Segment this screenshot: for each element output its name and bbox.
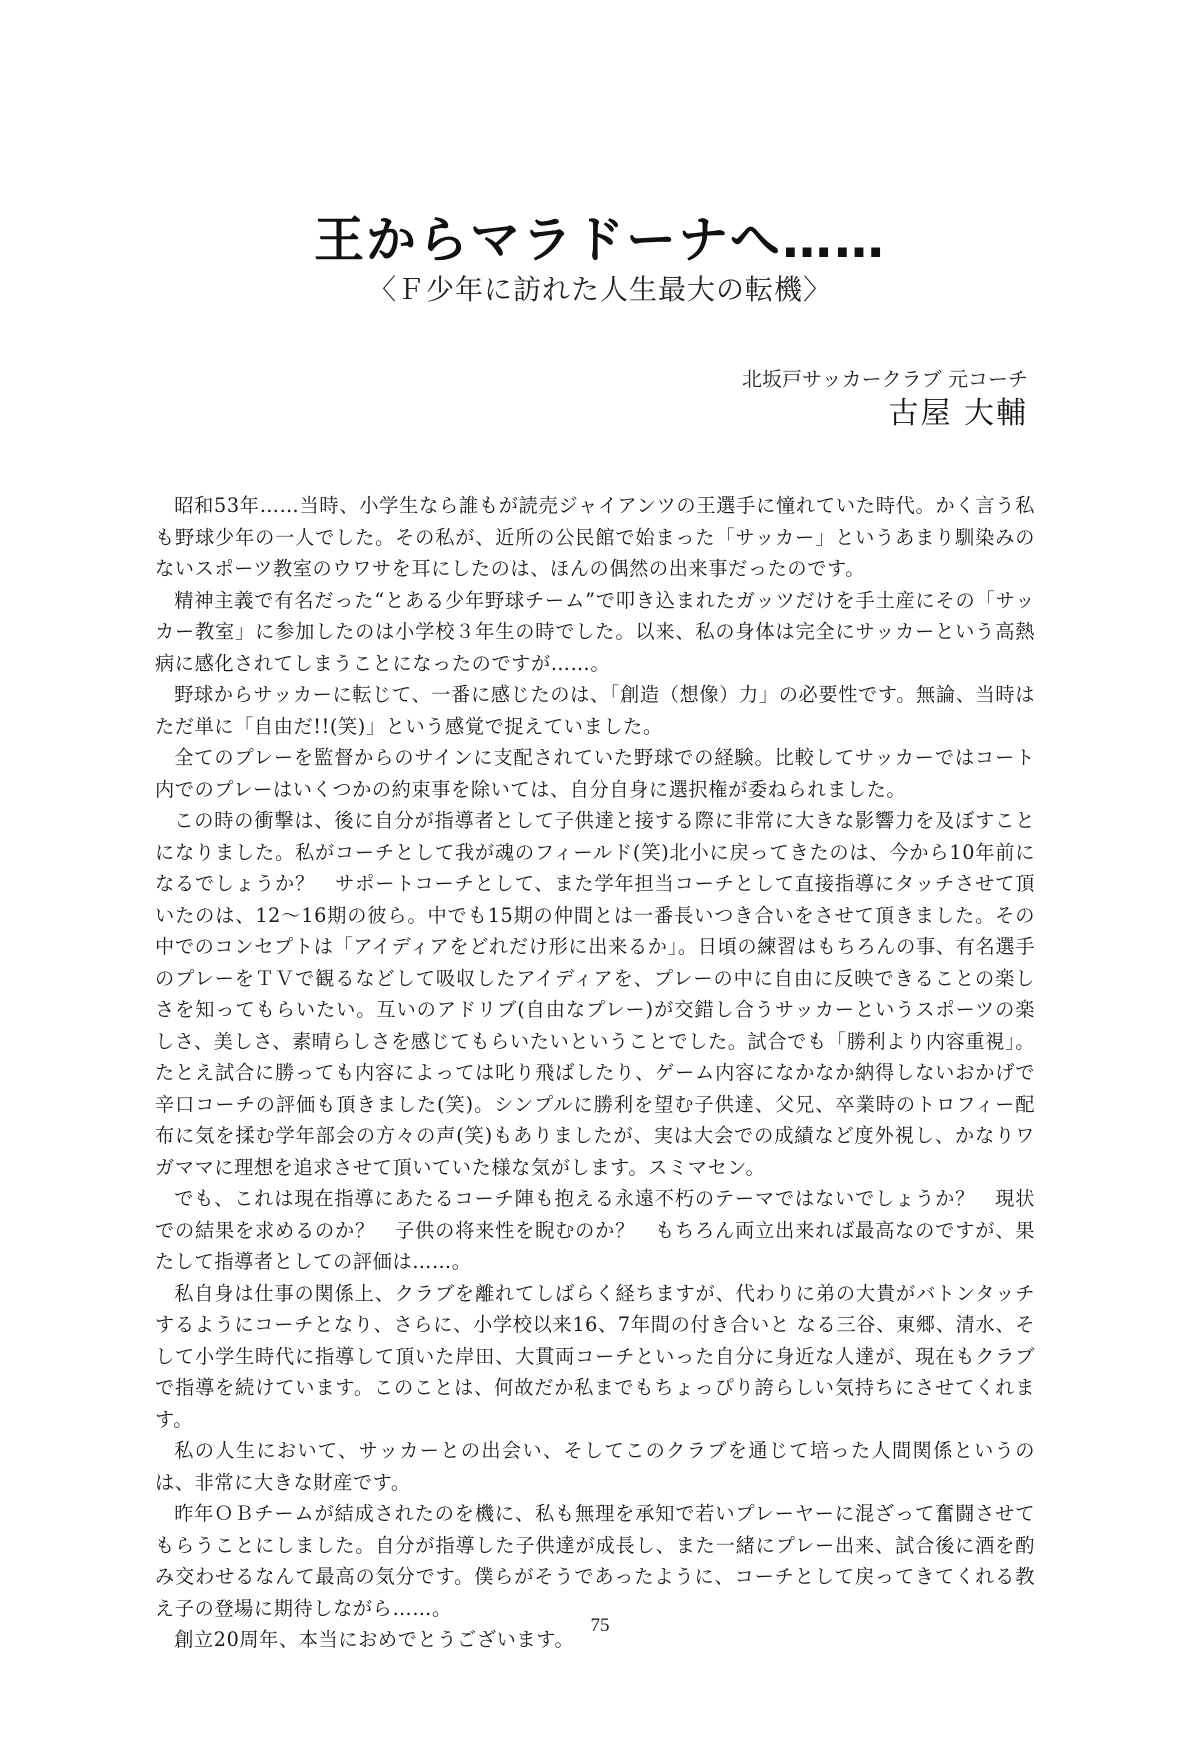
paragraph: 昭和53年……当時、小学生なら誰もが読売ジャイアンツの王選手に憧れていた時代。か… — [155, 490, 1035, 585]
paragraph: この時の衝撃は、後に自分が指導者として子供達と接する際に非常に大きな影響力を及ぼ… — [155, 805, 1035, 1183]
author-name: 古屋 大輔 — [888, 396, 1028, 432]
paragraph: 精神主義で有名だった“とある少年野球チーム”で叩き込まれたガッツだけを手土産にそ… — [155, 585, 1035, 680]
author-affiliation: 北坂戸サッカークラブ 元コーチ — [742, 366, 1028, 392]
article-title: 王からマラドーナへ…… — [0, 210, 1200, 270]
paragraph: 野球からサッカーに転じて、一番に感じたのは、「創造（想像）力」の必要性です。無論… — [155, 679, 1035, 742]
paragraph: 昨年ＯＢチームが結成されたのを機に、私も無理を承知で若いプレーヤーに混ざって奮闘… — [155, 1498, 1035, 1624]
article-body: 昭和53年……当時、小学生なら誰もが読売ジャイアンツの王選手に憧れていた時代。か… — [155, 490, 1035, 1656]
article-subtitle: 〈Ｆ少年に訪れた人生最大の転機〉 — [0, 272, 1200, 308]
paragraph: 全てのプレーを監督からのサインに支配されていた野球での経験。比較してサッカーでは… — [155, 742, 1035, 805]
paragraph: 私の人生において、サッカーとの出会い、そしてこのクラブを通じて培った人間関係とい… — [155, 1435, 1035, 1498]
page-number: 75 — [0, 1615, 1200, 1637]
paragraph: 私自身は仕事の関係上、クラブを離れてしばらく経ちますが、代わりに弟の大貴がバトン… — [155, 1278, 1035, 1436]
paragraph: でも、これは現在指導にあたるコーチ陣も抱える永遠不朽のテーマではないでしょうか？… — [155, 1183, 1035, 1278]
